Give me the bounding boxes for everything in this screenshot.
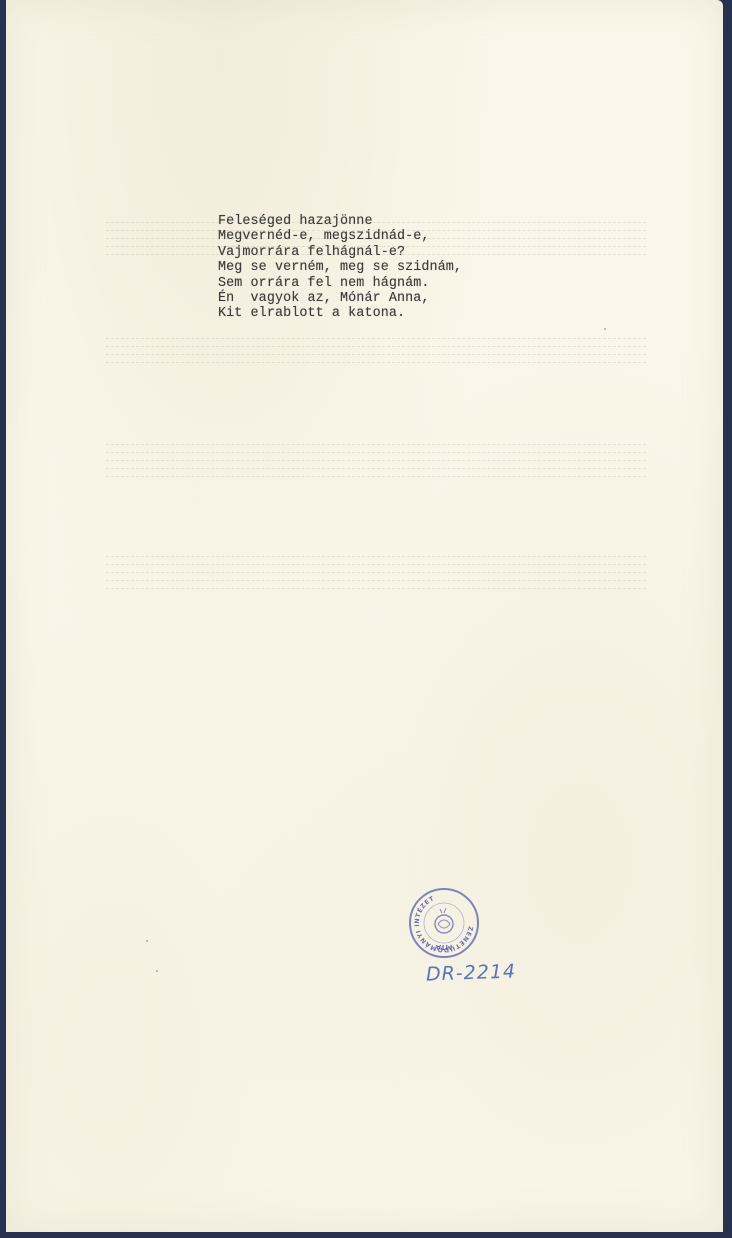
- poem-text: Feleséged hazajönne Megvernéd-e, megszid…: [218, 214, 462, 322]
- catalog-number: DR-2214: [426, 960, 517, 985]
- poem-line: Meg se verném, meg se szidnám,: [218, 260, 462, 275]
- institute-stamp: ZENETUDOMÁNYI INTÉZET MTA: [408, 887, 480, 959]
- ink-speck: [156, 970, 158, 972]
- bleed-through-staff: [106, 338, 646, 370]
- poem-line: Feleséged hazajönne: [218, 214, 462, 229]
- document-page: Feleséged hazajönne Megvernéd-e, megszid…: [6, 0, 723, 1232]
- poem-line: Sem orrára fel nem hágnám.: [218, 276, 462, 291]
- poem-line: Vajmorrára felhágnál-e?: [218, 245, 462, 260]
- poem-line: Megvernéd-e, megszidnád-e,: [218, 229, 462, 244]
- poem-line: Én vagyok az, Mónár Anna,: [218, 291, 462, 306]
- poem-line: Kit elrablott a katona.: [218, 306, 462, 321]
- stamp-bottom-text: MTA: [435, 943, 452, 951]
- ink-speck: [146, 940, 148, 942]
- bleed-through-staff: [106, 444, 646, 484]
- emblem-icon: [435, 908, 453, 933]
- bleed-through-staff: [106, 556, 646, 596]
- ink-speck: [604, 328, 606, 330]
